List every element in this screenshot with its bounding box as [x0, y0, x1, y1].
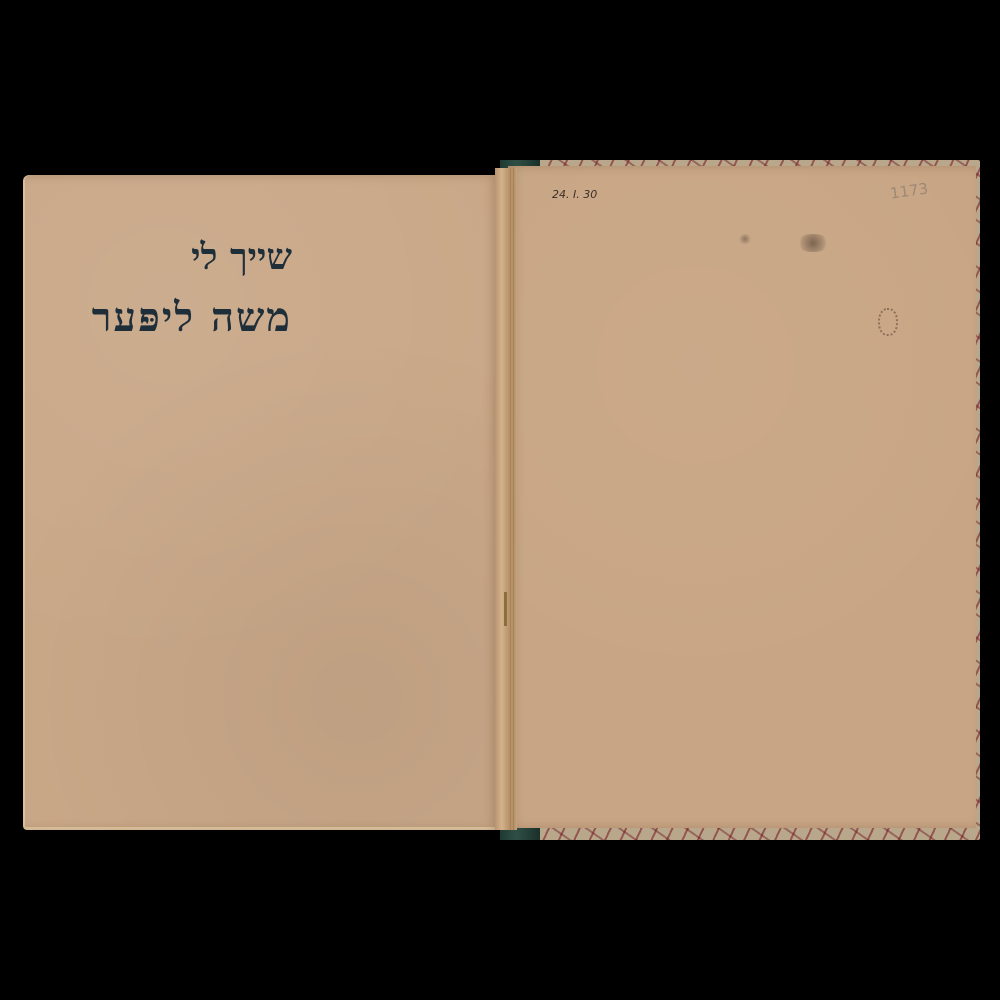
open-book: שייך לי משה ליפּער 24. I. 30 1173 [0, 0, 1000, 1000]
ink-smudge-small [738, 234, 752, 244]
ink-smudge [796, 234, 830, 252]
binding-thread [504, 592, 507, 626]
date-note: 24. I. 30 [552, 188, 597, 201]
inscription-line-2: משה ליפּער [30, 286, 292, 350]
ownership-inscription: שייך לי משה ליפּער [30, 228, 292, 350]
right-endpaper [508, 166, 976, 828]
inscription-line-1: שייך לי [30, 228, 292, 286]
gutter-hinge [510, 168, 514, 830]
faint-stain [878, 308, 898, 336]
